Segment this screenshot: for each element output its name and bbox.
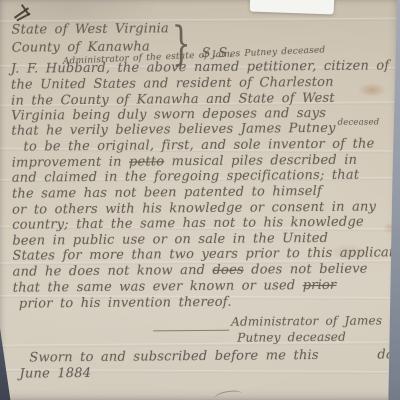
fold-crease (0, 148, 400, 154)
jurat-county-line: County of Kanawha (12, 39, 150, 55)
handwritten-line: and he does not know and does does not b… (13, 262, 368, 280)
document-photo: State of West Virginia County of Kanawha… (0, 0, 400, 400)
handwritten-line: that he verily believes believes James P… (11, 120, 377, 138)
handwritten-line: improvement in petto musical piles descr… (12, 153, 358, 171)
fold-crease (0, 101, 400, 108)
line-text: musical piles described in (164, 153, 357, 170)
handwritten-line: Virginia being duly sworn deposes and sa… (11, 106, 326, 124)
interlineation-note: Administrator of the estate of James Put… (63, 45, 326, 66)
struck-word: petto (129, 154, 164, 169)
line-text: does not believe (244, 262, 368, 278)
paper-sheet: State of West Virginia County of Kanawha… (0, 0, 400, 400)
handwritten-text-layer: State of West Virginia County of Kanawha… (0, 0, 400, 400)
fold-crease (0, 177, 400, 182)
handwritten-line: prior to his invention thereof. (19, 295, 232, 312)
fold-crease (0, 226, 400, 232)
line-text: that he verily believes believes James P… (11, 121, 335, 139)
fold-crease (0, 65, 400, 70)
line-text: improvement in (12, 155, 129, 171)
jurat-ss-abbrev: S.S. (202, 46, 235, 61)
handwritten-line: the United States and resident of Charle… (11, 75, 334, 93)
faint-pencil-mark (214, 390, 243, 400)
fold-crease (0, 18, 400, 24)
handwritten-line: or to others with his knowledge or conse… (12, 199, 376, 217)
handwritten-line: and claimed in the foregoing specificati… (12, 168, 360, 186)
fold-crease (0, 260, 400, 266)
handwritten-line: to be the original, first, and sole inve… (23, 136, 374, 154)
handwritten-line: States for more than two years prior to … (12, 245, 400, 264)
signature-title-line: Putney deceased (237, 330, 346, 345)
fold-crease (0, 341, 400, 348)
jurat-brace: } (172, 16, 192, 70)
signature-rule (153, 330, 229, 332)
handwritten-line: country; that the same has not to his kn… (12, 215, 364, 233)
struck-word: does (212, 263, 243, 278)
corner-scribble-mark (14, 7, 29, 18)
jurat-footer-line: Sworn to and subscribed before me this d… (29, 347, 400, 365)
signature-title-line: Administrator of James (231, 313, 382, 328)
handwritten-line: in the County of Kanawha and State of We… (11, 91, 335, 109)
line-text: that the same was ever known or used (13, 278, 303, 296)
jurat-footer-date: June 1884 (19, 366, 91, 382)
interlined-word: deceased (338, 117, 380, 127)
handwritten-line: that the same was ever known or used pri… (13, 278, 337, 296)
corner-scribble-mark (16, 13, 30, 22)
fold-crease (0, 295, 400, 300)
line-text: and he does not know and (13, 263, 213, 280)
corner-scribble-mark (21, 4, 30, 16)
struck-word: prior (303, 278, 337, 293)
handwritten-line: been in public use or on sale in the Uni… (12, 231, 328, 249)
fold-crease (0, 369, 400, 374)
handwritten-line: J. F. Hubbard, the above named petitione… (11, 58, 390, 76)
handwritten-line: the same has not been patented to himsel… (12, 184, 322, 202)
jurat-state-line: State of West Virginia (11, 21, 169, 37)
